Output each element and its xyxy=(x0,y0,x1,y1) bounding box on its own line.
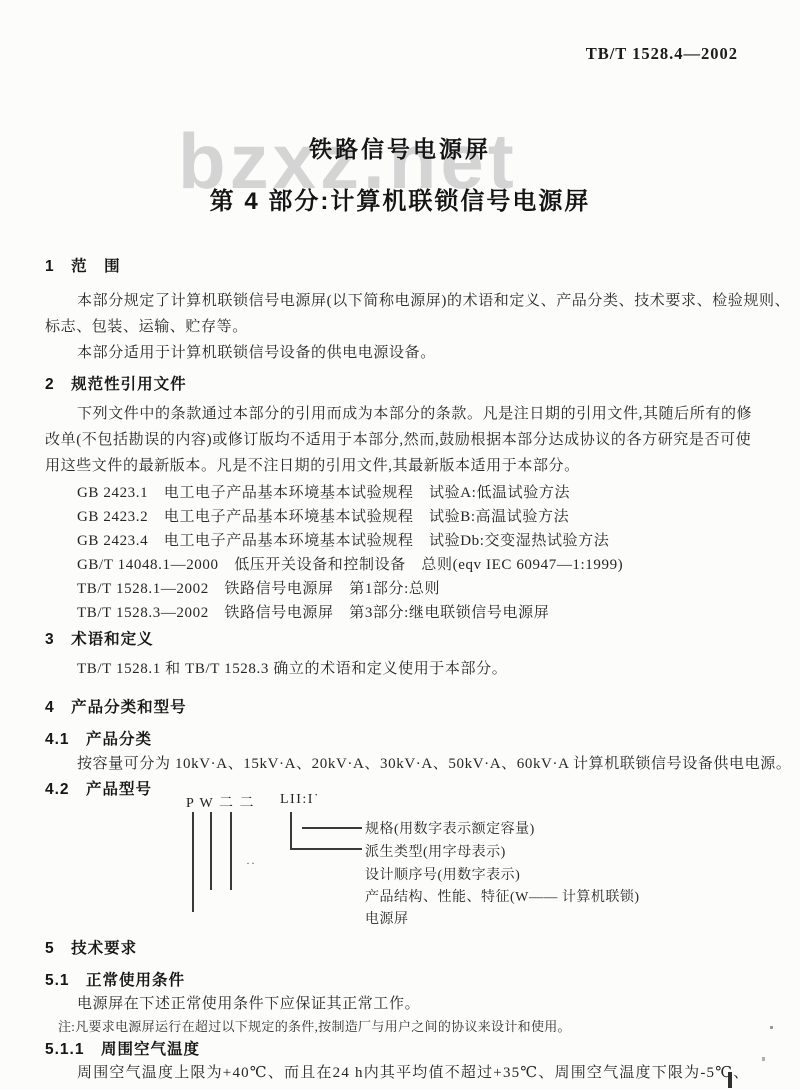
section-3-heading: 3 术语和定义 xyxy=(45,627,154,649)
model-code-line xyxy=(230,812,232,890)
section-3-paragraph-line: TB/T 1528.1 和 TB/T 1528.3 确立的术语和定义使用于本部分… xyxy=(77,657,507,678)
section-4-2-heading: 4.2 产品型号 xyxy=(45,777,152,799)
section-2-paragraph-line: 改单(不包括勘误的内容)或修订版均不适用于本部分,然而,鼓励根据本部分达成协议的… xyxy=(45,428,751,449)
reference-item: GB 2423.1 电工电子产品基本环境基本试验规程 试验A:低温试验方法 xyxy=(77,481,570,502)
model-code-faded-line: ·· xyxy=(246,856,256,871)
reference-item: GB 2423.4 电工电子产品基本环境基本试验规程 试验Db:交变湿热试验方法 xyxy=(77,529,609,550)
model-label-spec: 规格(用数字表示额定容量) xyxy=(365,818,535,838)
model-code-prefix: P W 二 二 xyxy=(186,792,255,812)
section-1-paragraph-line: 本部分适用于计算机联锁信号设备的供电电源设备。 xyxy=(77,341,436,362)
model-code-line xyxy=(290,848,362,850)
reference-item: GB/T 14048.1—2000 低压开关设备和控制设备 总则(eqv IEC… xyxy=(77,553,623,574)
document-title: 铁路信号电源屏 xyxy=(0,131,800,164)
section-5-1-heading: 5.1 正常使用条件 xyxy=(45,968,185,990)
scanned-standard-page: TB/T 1528.4—2002 bzxz.net 铁路信号电源屏 第 4 部分… xyxy=(0,0,800,1090)
reference-item: GB 2423.2 电工电子产品基本环境基本试验规程 试验B:高温试验方法 xyxy=(77,505,569,526)
model-code-placeholders: LII:I˙ xyxy=(280,792,320,808)
section-2-paragraph-line: 用这些文件的最新版本。凡是不注日期的引用文件,其最新版本适用于本部分。 xyxy=(45,454,580,475)
reference-item: TB/T 1528.1—2002 铁路信号电源屏 第1部分:总则 xyxy=(77,577,440,598)
section-4-heading: 4 产品分类和型号 xyxy=(45,695,187,717)
section-2-paragraph-line: 下列文件中的条款通过本部分的引用而成为本部分的条款。凡是注日期的引用文件,其随后… xyxy=(77,402,752,423)
model-label-design-serial: 设计顺序号(用数字表示) xyxy=(365,864,520,884)
section-1-paragraph-line: 本部分规定了计算机联锁信号电源屏(以下简称电源屏)的术语和定义、产品分类、技术要… xyxy=(77,289,790,310)
standard-number: TB/T 1528.4—2002 xyxy=(0,44,738,64)
section-5-heading: 5 技术要求 xyxy=(45,936,137,958)
model-label-power-panel: 电源屏 xyxy=(365,908,409,928)
model-label-structure: 产品结构、性能、特征(W—— 计算机联锁) xyxy=(365,886,640,906)
model-label-derived-type: 派生类型(用字母表示) xyxy=(365,841,506,861)
section-5-1-1-heading: 5.1.1 周围空气温度 xyxy=(45,1037,200,1059)
model-code-line xyxy=(302,827,362,829)
scan-artifact-mark xyxy=(728,1072,732,1088)
section-2-heading: 2 规范性引用文件 xyxy=(45,372,187,394)
section-1-heading: 1 范 围 xyxy=(45,254,121,276)
section-4-1-paragraph-line: 按容量可分为 10kV·A、15kV·A、20kV·A、30kV·A、50kV·… xyxy=(77,752,791,773)
section-5-1-paragraph-line: 电源屏在下述正常使用条件下应保证其正常工作。 xyxy=(77,992,420,1013)
document-subtitle: 第 4 部分:计算机联锁信号电源屏 xyxy=(0,181,800,216)
scan-artifact-speck xyxy=(770,1026,773,1029)
model-code-line xyxy=(290,812,292,849)
section-5-1-note: 注:凡要求电源屏运行在超过以下规定的条件,按制造厂与用户之间的协议来设计和使用。 xyxy=(58,1016,571,1035)
model-code-line xyxy=(210,812,212,890)
model-code-line xyxy=(192,812,194,912)
scan-artifact-speck xyxy=(762,1057,765,1061)
section-1-paragraph-line: 标志、包装、运输、贮存等。 xyxy=(45,315,248,336)
reference-item: TB/T 1528.3—2002 铁路信号电源屏 第3部分:继电联锁信号电源屏 xyxy=(77,601,549,622)
section-4-1-heading: 4.1 产品分类 xyxy=(45,727,152,749)
section-5-1-1-paragraph-line: 周围空气温度上限为+40℃、而且在24 h内其平均值不超过+35℃、周围空气温度… xyxy=(77,1061,749,1082)
